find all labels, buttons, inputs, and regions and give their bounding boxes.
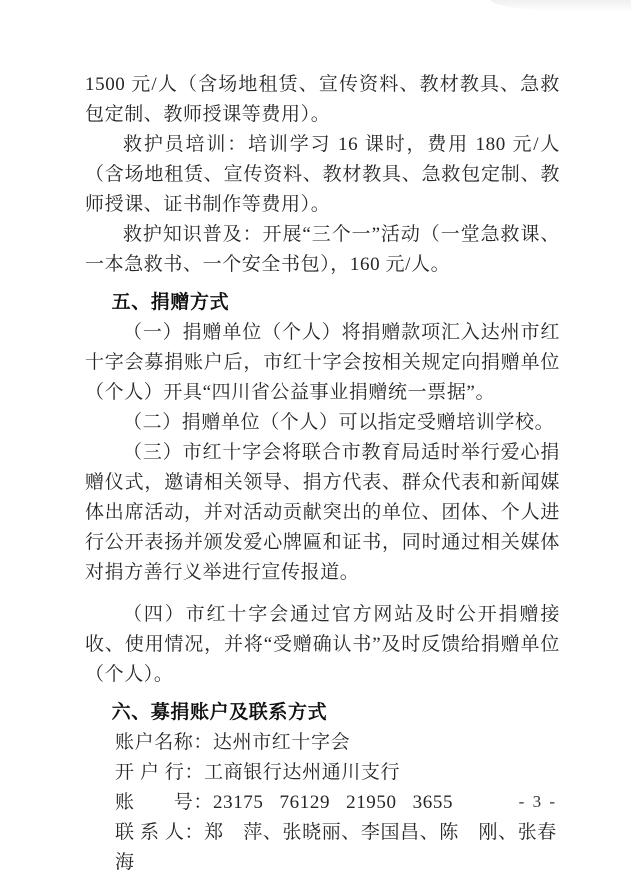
document-body: 1500 元/人（含场地租赁、宣传资料、教材教具、急救包定制、教师授课等费用）。… bbox=[85, 70, 560, 870]
contact-line-contact-persons: 联 系 人：郑 萍、张晓丽、李国昌、陈 刚、张春海 bbox=[85, 818, 560, 870]
paragraph-donation-item-4: （四）市红十字会通过官方网站及时公开捐赠接收、使用情况，并将“受赠确认书”及时反… bbox=[85, 600, 560, 690]
contact-line-account-number: 账 号：23175 76129 21950 3655 bbox=[85, 788, 560, 818]
paragraph-donation-item-2: （二）捐赠单位（个人）可以指定受赠培训学校。 bbox=[85, 408, 560, 438]
paragraph-rescuer-training: 救护员培训：培训学习 16 课时，费用 180 元/人（含场地租赁、宣传资料、教… bbox=[85, 130, 560, 220]
page-number: - 3 - bbox=[519, 791, 557, 813]
section-heading-account-contact: 六、募捐账户及联系方式 bbox=[85, 698, 560, 728]
section-heading-donation-method: 五、捐赠方式 bbox=[85, 288, 560, 318]
document-page: 1500 元/人（含场地租赁、宣传资料、教材教具、急救包定制、教师授课等费用）。… bbox=[0, 0, 631, 870]
paragraph-first-aid-knowledge: 救护知识普及：开展“三个一”活动（一堂急救课、一本急救书、一个安全书包），160… bbox=[85, 220, 560, 280]
contact-line-bank: 开 户 行：工商银行达州通川支行 bbox=[85, 758, 560, 788]
paragraph-training-fee-continued: 1500 元/人（含场地租赁、宣传资料、教材教具、急救包定制、教师授课等费用）。 bbox=[85, 70, 560, 130]
contact-line-account-name: 账户名称：达州市红十字会 bbox=[85, 728, 560, 758]
paragraph-donation-item-1: （一）捐赠单位（个人）将捐赠款项汇入达州市红十字会募捐账户后，市红十字会按相关规… bbox=[85, 318, 560, 408]
scan-smudge-artifact bbox=[491, 0, 631, 12]
paragraph-donation-item-3: （三）市红十字会将联合市教育局适时举行爱心捐赠仪式，邀请相关领导、捐方代表、群众… bbox=[85, 438, 560, 588]
